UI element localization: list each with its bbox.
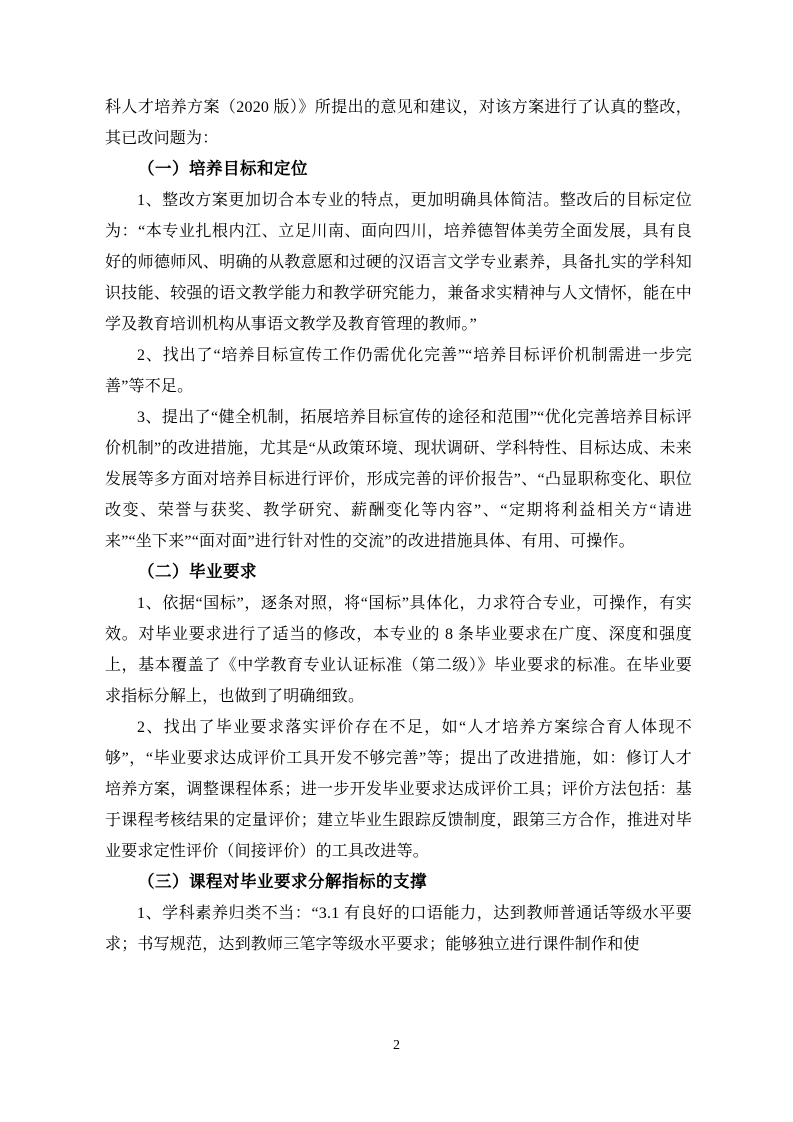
section-heading-training-goals: （一）培养目标和定位 [105, 154, 692, 185]
section-heading-graduation-requirements: （二）毕业要求 [105, 557, 692, 588]
paragraph-course-support-1: 1、学科素养归类不当：“3.1 有良好的口语能力，达到教师普通话等级水平要求；书… [105, 898, 692, 960]
paragraph-training-goals-1: 1、整改方案更加切合本专业的特点，更加明确具体简洁。整改后的目标定位为：“本专业… [105, 185, 692, 340]
paragraph-graduation-1: 1、依据“国标”，逐条对照，将“国标”具体化，力求符合专业，可操作，有实效。对毕… [105, 588, 692, 712]
paragraph-continuation: 科人才培养方案（2020 版）》所提出的意见和建议，对该方案进行了认真的整改，其… [105, 92, 692, 154]
paragraph-training-goals-3: 3、提出了“健全机制，拓展培养目标宣传的途径和范围”“优化完善培养目标评价机制”… [105, 402, 692, 557]
section-heading-course-support: （三）课程对毕业要求分解指标的支撑 [105, 867, 692, 898]
paragraph-graduation-2: 2、找出了毕业要求落实评价存在不足，如“人才培养方案综合育人体现不够”，“毕业要… [105, 712, 692, 867]
page-number: 2 [0, 1036, 793, 1056]
document-page: 科人才培养方案（2020 版）》所提出的意见和建议，对该方案进行了认真的整改，其… [0, 0, 793, 1122]
document-content: 科人才培养方案（2020 版）》所提出的意见和建议，对该方案进行了认真的整改，其… [105, 92, 692, 960]
paragraph-training-goals-2: 2、找出了“培养目标宣传工作仍需优化完善”“培养目标评价机制需进一步完善”等不足… [105, 340, 692, 402]
